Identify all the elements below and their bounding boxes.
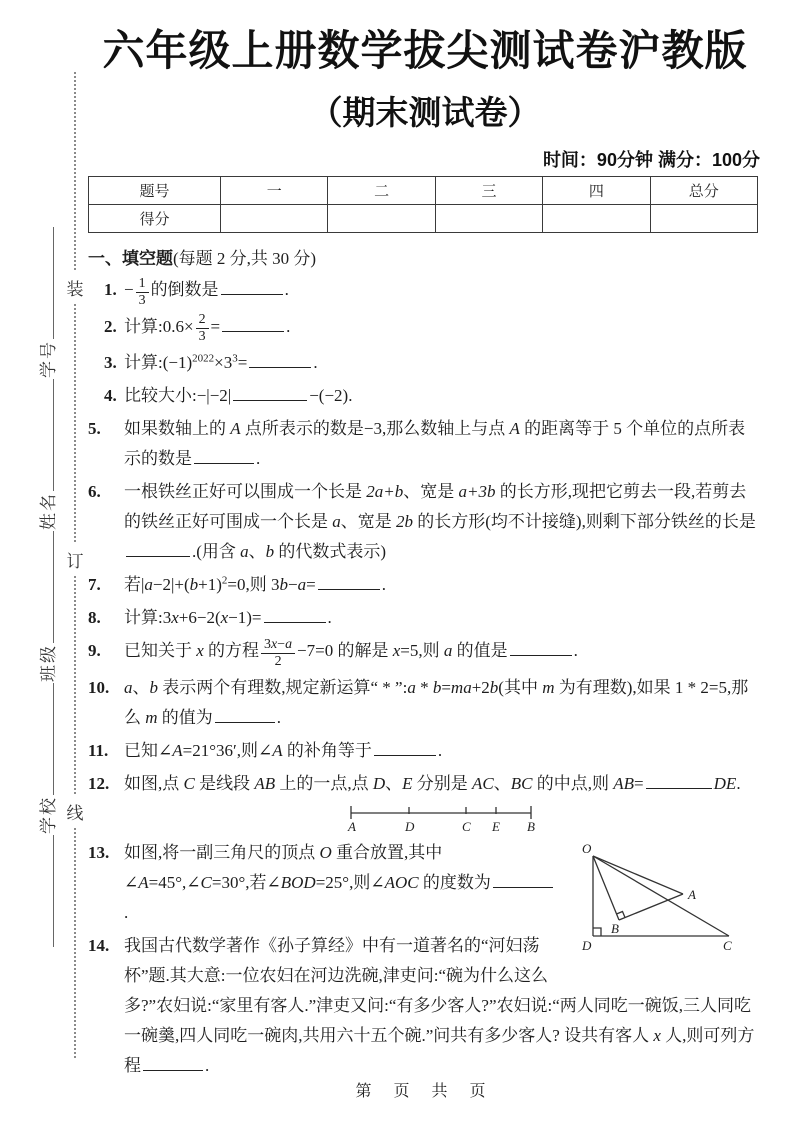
text-segment: 如图,将一副三角尺的顶点 [124,843,320,862]
text-segment: 2 [275,654,282,669]
question-6: 6.一根铁丝正好可以围成一个长是 2a+b、宽是 a+3b 的长方形,现把它剪去… [88,477,762,567]
point-label-b: B [527,819,535,834]
question-text: 如果数轴上的 A 点所表示的数是−3,那么数轴上与点 A 的距离等于 5 个单位… [124,419,745,468]
question-number: 4. [104,381,134,411]
question-number: 2. [104,312,134,342]
question-text: 比较大小:−|−2|−(−2). [124,386,352,405]
text-segment: 的中点,则 [533,774,614,793]
question-text: 一根铁丝正好可以围成一个长是 2a+b、宽是 a+3b 的长方形,现把它剪去一段… [124,482,756,561]
question-text: 计算:3x+6−2(x−1)=. [124,608,332,627]
text-segment: . [736,774,740,793]
numberline-figure: A D C E B [346,803,538,835]
question-number: 13. [88,838,118,868]
point-label-e: E [491,819,500,834]
question-text: 若|a−2|+(b+1)2=0,则 3b−a=. [124,575,386,594]
binding-char-ding: 订 [63,544,87,575]
exam-meta: 时间：90分钟 满分：100分 [88,148,762,172]
question-9: 9.已知关于 x 的方程3x−a2−7=0 的解是 x=5,则 a 的值是. [88,636,762,670]
text-segment: =5,则 [400,641,444,660]
exponent: 2022 [192,353,214,365]
score-cell [328,205,435,233]
question-text: 已知关于 x 的方程3x−a2−7=0 的解是 x=5,则 a 的值是. [124,641,578,660]
student-field-label: 学校 [39,796,58,834]
answer-blank [221,278,283,295]
score-table: 题号 一 二 三 四 总分 得分 [88,176,758,233]
score-cell [435,205,542,233]
student-field-blank [38,683,54,795]
point-label-c: C [462,819,471,834]
score-header-cell: 一 [221,177,328,205]
question-text: −13的倒数是. [124,280,289,299]
student-field-blank [38,379,54,491]
text-segment: − [288,575,298,594]
text-segment: = [306,575,316,594]
section-heading: 一、填空题(每题 2 分,共 30 分) [88,246,762,272]
page-title: 六年级上册数学拔尖测试卷沪教版 [88,22,762,80]
question-number: 5. [88,414,118,444]
text-segment: 、宽是 [403,482,458,501]
text-segment: 比较大小:−|−2| [124,386,231,405]
text-segment: 已知关于 [124,641,196,660]
score-header-cell: 总分 [650,177,757,205]
math-variable: A [509,419,519,438]
question-text: 计算:(−1)2022×33=. [124,353,318,372]
math-variable: E [402,774,412,793]
question-8: 8.计算:3x+6−2(x−1)=. [88,603,762,633]
math-variable: C [201,873,212,892]
text-segment: 已知∠ [124,741,172,760]
text-segment: . [285,280,289,299]
text-segment: . [256,449,260,468]
score-header-cell: 三 [435,177,542,205]
answer-blank [264,606,326,623]
text-segment: −(−2). [309,386,352,405]
question-12: 12.如图,点 C 是线段 AB 上的一点,点 D、E 分别是 AC、BC 的中… [88,769,762,835]
question-text: 我国古代数学著作《孙子算经》中有一道著名的“河妇荡杯”题.其大意:一位农妇在河边… [124,936,754,1075]
score-header-cell: 二 [328,177,435,205]
math-variable: D [373,774,385,793]
text-segment: . [438,741,442,760]
text-segment: 若| [124,575,144,594]
math-variable: a+3b [458,482,495,501]
question-14: 14.我国古代数学著作《孙子算经》中有一道著名的“河妇荡杯”题.其大意:一位农妇… [88,931,762,1081]
question-number: 8. [88,603,118,633]
text-segment: 3 [199,329,206,344]
footer-page-label: 第 页 共 页 [88,1078,762,1101]
text-segment: = [634,774,644,793]
question-10: 10.a、b 表示两个有理数,规定新运算“ * ”:a * b=ma+2b(其中… [88,673,762,733]
math-variable: AB [613,774,634,793]
math-variable: b [280,575,289,594]
fraction: 23 [196,312,209,345]
answer-blank [215,706,275,723]
text-segment: 如图,点 [124,774,184,793]
text-segment: . [313,353,317,372]
math-variable: O [320,843,332,862]
question-number: 7. [88,570,118,600]
question-text: 已知∠A=21°36′,则∠A 的补角等于. [124,741,442,760]
text-segment: − [277,637,285,652]
answer-blank [233,384,307,401]
question-13: O A B D C 13.如图,将一副三角尺的顶点 O 重合放置,其中∠A=45… [88,838,762,928]
text-segment: 的值为 [158,708,213,727]
math-variable: A [172,741,182,760]
score-table-value-row: 得分 [89,205,758,233]
point-label-o: O [582,841,592,856]
question-number: 11. [88,736,118,766]
math-variable: b [150,678,159,697]
math-variable: x [196,641,204,660]
text-segment: . [124,903,128,922]
text-segment: . [382,575,386,594]
text-segment: 的代数式表示) [274,542,386,561]
text-segment: 点所表示的数是−3,那么数轴上与点 [241,419,510,438]
text-segment: =0,则 3 [227,575,279,594]
question-number: 12. [88,769,118,799]
text-segment: 的值是 [452,641,507,660]
point-label-a: A [347,819,356,834]
student-field-blank [38,835,54,947]
math-variable: x [171,608,179,627]
math-variable: ma [451,678,472,697]
answer-blank [510,639,572,656]
student-field-label: 学号 [39,340,58,378]
math-variable: A [138,873,148,892]
text-segment: +1) [198,575,222,594]
text-segment: (其中 [498,678,542,697]
question-number: 6. [88,477,118,507]
text-segment: 上的一点,点 [275,774,373,793]
math-variable: a [124,678,133,697]
question-number: 3. [104,348,134,378]
text-segment: −2|+( [153,575,190,594]
text-segment: 的长方形(均不计接缝),则剩下部分铁丝的长是 [413,512,756,531]
score-header-cell: 题号 [89,177,221,205]
text-segment: . [277,708,281,727]
math-variable: b [190,575,199,594]
text-segment: 的度数为 [419,873,491,892]
score-cell [543,205,650,233]
question-4: 4.比较大小:−|−2|−(−2). [88,381,762,411]
score-row-label: 得分 [89,205,221,233]
score-cell [650,205,757,233]
text-segment: . [205,1056,209,1075]
text-segment: .(用含 [192,542,240,561]
question-5: 5.如果数轴上的 A 点所表示的数是−3,那么数轴上与点 A 的距离等于 5 个… [88,414,762,474]
question-number: 1. [104,275,134,305]
text-segment: 、 [494,774,511,793]
math-variable: A [272,741,282,760]
text-segment: 3 [139,293,146,308]
section-heading-note: (每题 2 分,共 30 分) [173,249,316,268]
text-segment: 如果数轴上的 [124,419,230,438]
text-segment: 的方程 [204,641,259,660]
question-number: 10. [88,673,118,703]
math-variable: BC [511,774,533,793]
math-variable: AC [472,774,494,793]
text-segment: +6−2( [179,608,221,627]
math-variable: m [145,708,157,727]
text-segment: =30°,若∠ [212,873,281,892]
text-segment: =21°36′,则∠ [183,741,273,760]
student-field-blank [38,227,54,339]
text-segment: =45°,∠ [149,873,201,892]
text-segment: 的倒数是 [151,280,219,299]
text-segment: 计算:3 [124,608,171,627]
exam-paper-page: 装 订 线 学校班级姓名学号 六年级上册数学拔尖测试卷沪教版 （期末测试卷） 时… [0,0,793,1122]
math-variable: a [407,678,416,697]
text-segment: 一根铁丝正好可以围成一个长是 [124,482,366,501]
text-segment: 计算:0.6× [124,317,194,336]
question-7: 7.若|a−2|+(b+1)2=0,则 3b−a=. [88,570,762,600]
page-subtitle: （期末测试卷） [88,90,762,136]
text-segment: . [286,317,290,336]
math-variable: m [542,678,554,697]
text-segment: +2 [472,678,490,697]
score-header-cell: 四 [543,177,650,205]
math-variable: DE [714,774,737,793]
student-field-label: 班级 [39,644,58,682]
text-segment: 、 [133,678,150,697]
main-content: 六年级上册数学拔尖测试卷沪教版 （期末测试卷） 时间：90分钟 满分：100分 … [88,0,762,1084]
question-3: 3.计算:(−1)2022×33=. [88,348,762,378]
text-segment: 是线段 [195,774,255,793]
math-variable: 2b [396,512,413,531]
text-segment: 、 [249,542,266,561]
binding-char-xian: 线 [63,796,87,827]
text-segment: 计算:(−1) [124,353,192,372]
student-field-label: 姓名 [39,492,58,530]
math-variable: a [298,575,307,594]
student-info-fields: 学校班级姓名学号 [34,226,59,948]
text-segment: 、 [385,774,402,793]
question-11: 11.已知∠A=21°36′,则∠A 的补角等于. [88,736,762,766]
text-segment: = [211,317,221,336]
text-segment: 的补角等于 [283,741,372,760]
text-segment: 、宽是 [341,512,396,531]
point-label-d: D [404,819,415,834]
answer-blank [646,772,712,789]
answer-blank [143,1054,203,1071]
student-field-blank [38,531,54,643]
question-2: 2.计算:0.6×23=. [88,312,762,346]
math-variable: a [285,637,292,652]
questions-list: 1.−13的倒数是.2.计算:0.6×23=.3.计算:(−1)2022×33=… [88,275,762,1081]
question-text: 如图,点 C 是线段 AB 上的一点,点 D、E 分别是 AC、BC 的中点,则… [124,774,741,793]
text-segment: * [416,678,433,697]
text-segment: 表示两个有理数,规定新运算“ * ”: [158,678,407,697]
text-segment: 2 [199,312,206,327]
answer-blank [318,573,380,590]
score-cell [221,205,328,233]
text-segment: = [441,678,451,697]
question-number: 14. [88,931,118,961]
math-variable: AOC [385,873,419,892]
math-variable: b [266,542,275,561]
math-variable: AB [254,774,275,793]
fraction: 13 [136,276,149,309]
math-variable: a [144,575,153,594]
binding-char-zhuang: 装 [63,272,87,303]
question-1: 1.−13的倒数是. [88,275,762,309]
text-segment: = [238,353,248,372]
math-variable: A [230,419,240,438]
text-segment: ×3 [214,353,232,372]
answer-blank [493,871,553,888]
question-number: 9. [88,636,118,666]
answer-blank [126,540,190,557]
math-variable: a [240,542,249,561]
answer-blank [222,315,284,332]
text-segment: . [328,608,332,627]
text-segment: . [574,641,578,660]
question-text: 计算:0.6×23=. [124,317,290,336]
answer-blank [374,739,436,756]
text-segment: −7=0 的解是 [297,641,393,660]
score-table-header-row: 题号 一 二 三 四 总分 [89,177,758,205]
point-label-a: A [687,887,696,902]
fraction: 3x−a2 [261,637,295,670]
text-segment: 1 [139,276,146,291]
section-heading-title: 一、填空题 [88,249,173,268]
text-segment: =25°,则∠ [316,873,385,892]
math-variable: C [184,774,195,793]
answer-blank [249,351,311,368]
math-variable: 2a+b [366,482,403,501]
math-variable: x [653,1026,661,1045]
text-segment: −1)= [228,608,261,627]
math-variable: BOD [281,873,316,892]
question-text: a、b 表示两个有理数,规定新运算“ * ”:a * b=ma+2b(其中 m … [124,678,748,727]
math-variable: a [332,512,341,531]
question-text: 如图,将一副三角尺的顶点 O 重合放置,其中∠A=45°,∠C=30°,若∠BO… [124,843,555,922]
text-segment: 3 [264,637,271,652]
answer-blank [194,447,254,464]
text-segment: 分别是 [413,774,473,793]
